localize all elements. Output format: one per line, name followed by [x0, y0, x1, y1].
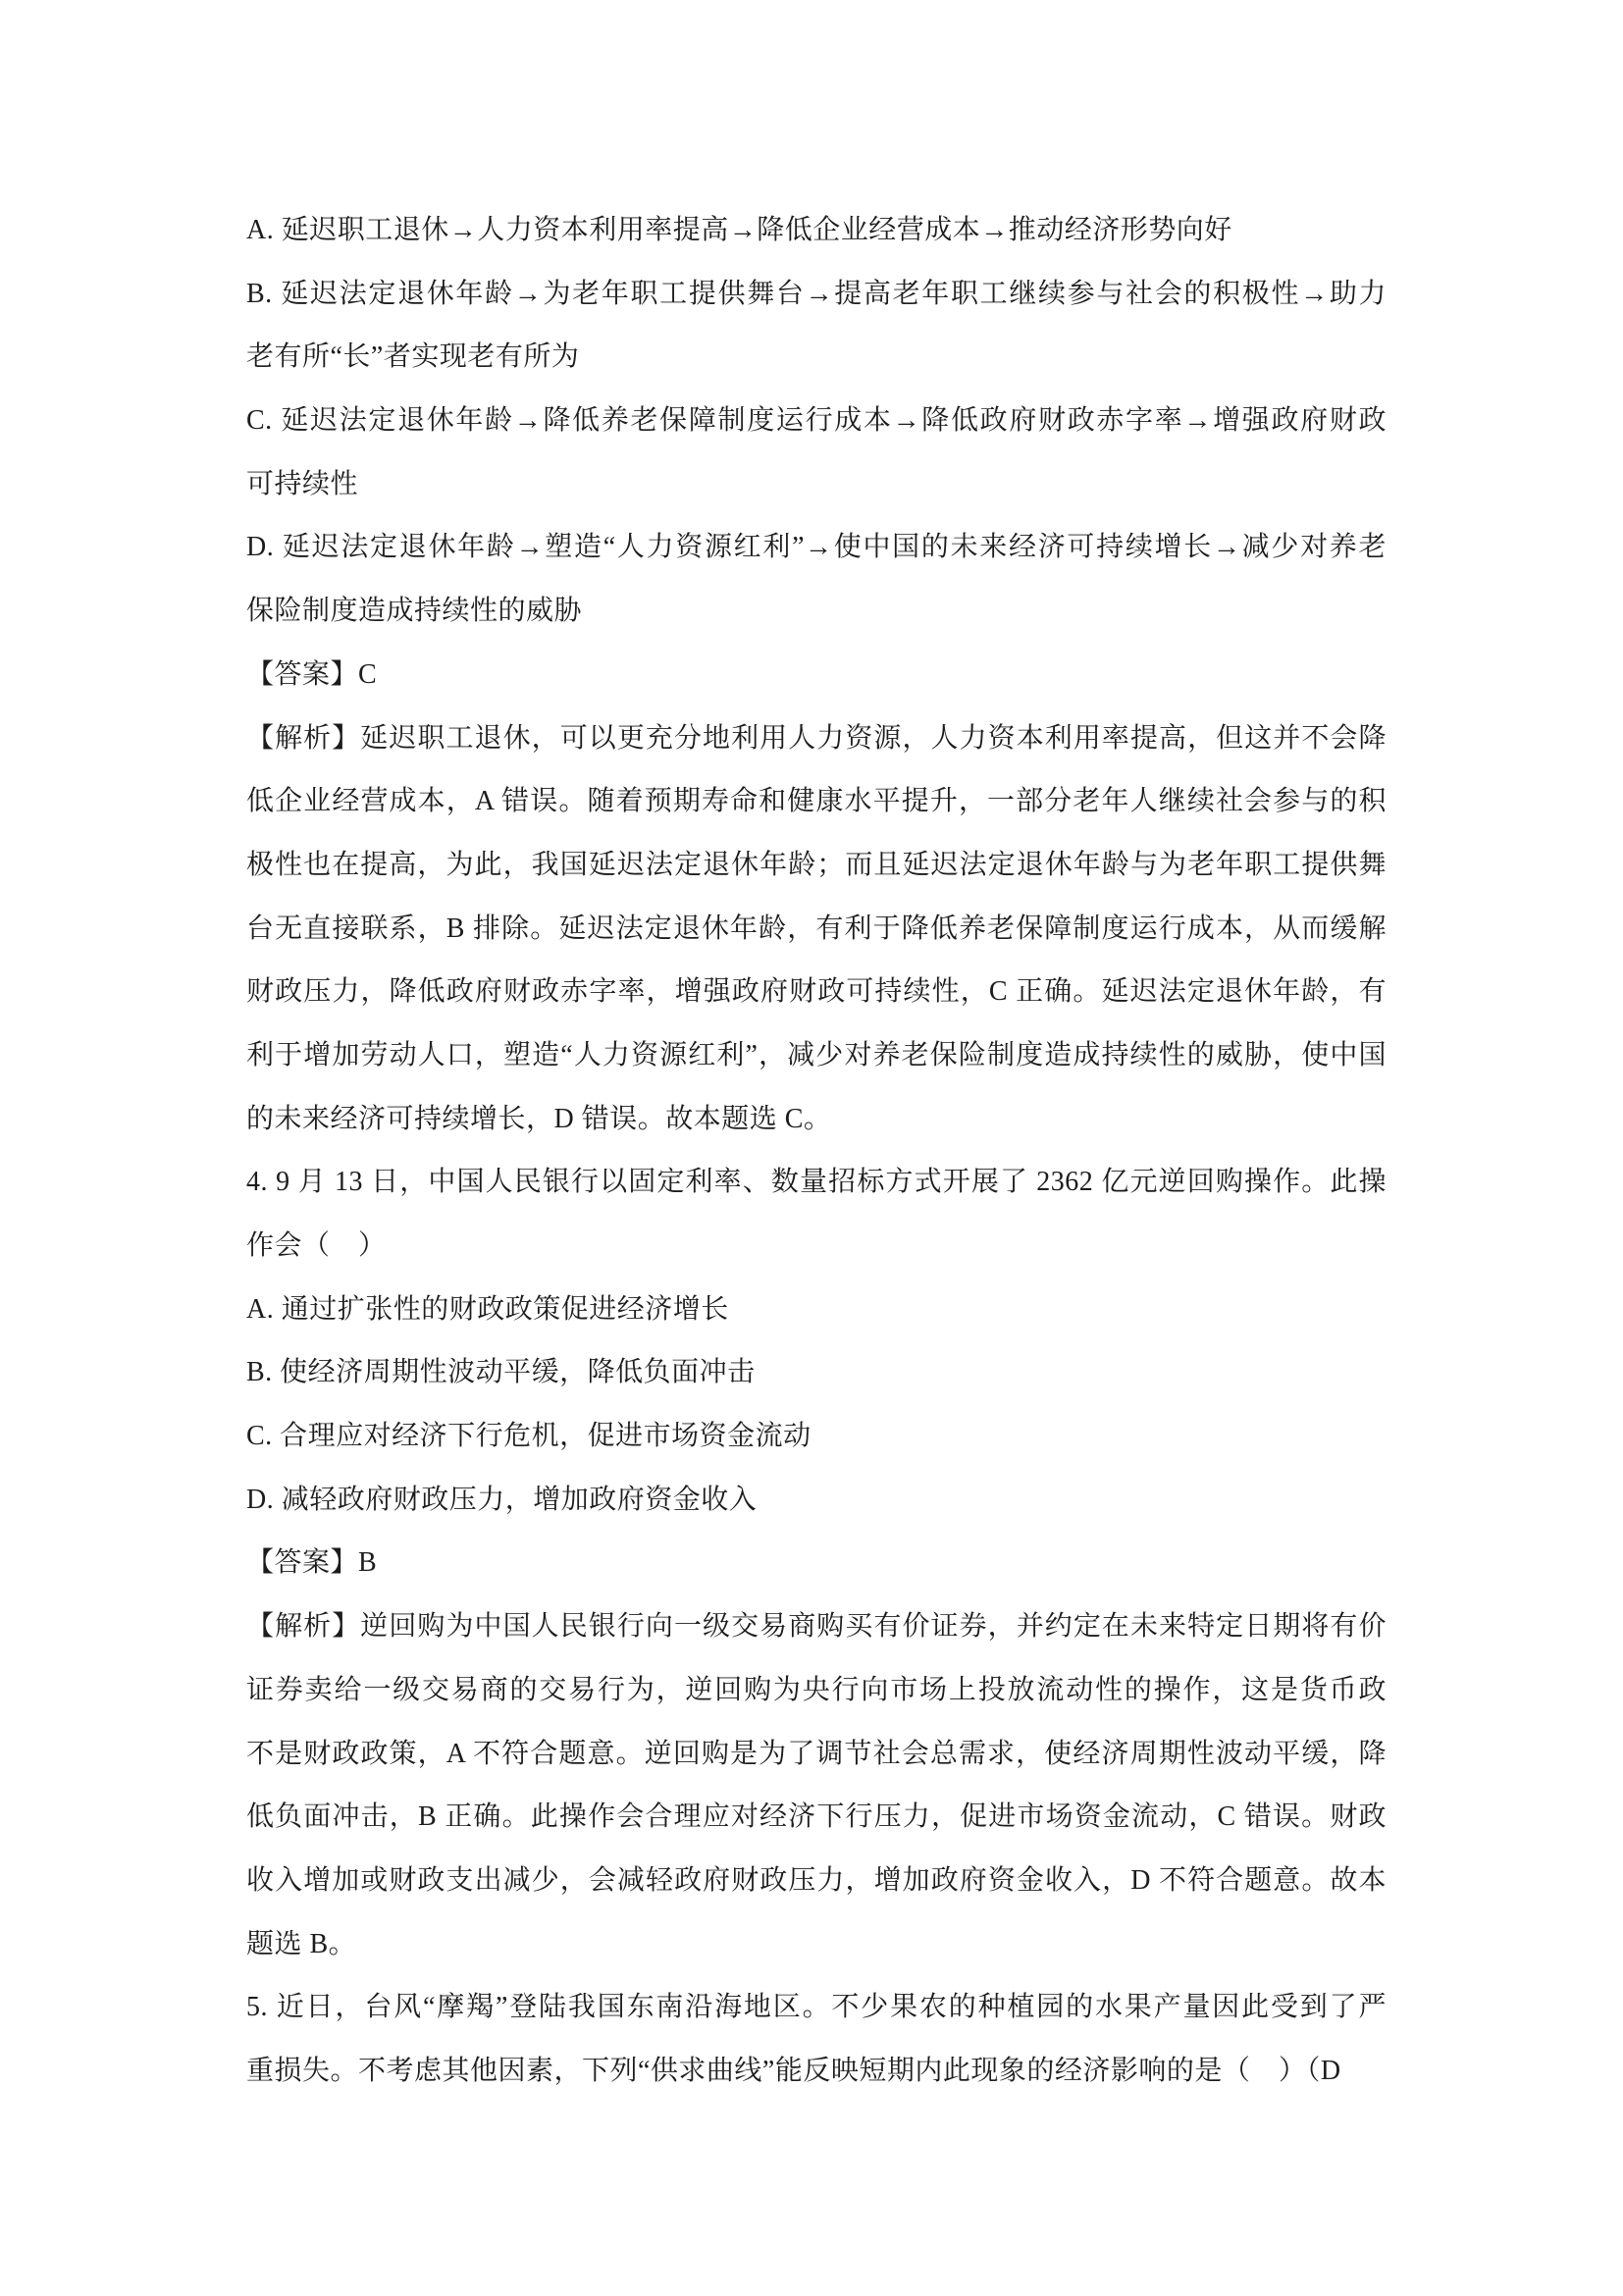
text-line: 老有所“长”者实现老有所为 [246, 326, 1387, 390]
text-line: 题选 B。 [246, 1913, 1387, 1977]
q4-option-b: B. 使经济周期性波动平缓，降低负面冲击 [246, 1341, 1387, 1405]
text-line: 不是财政政策，A 不符合题意。逆回购是为了调节社会总需求，使经济周期性波动平缓，… [246, 1723, 1387, 1787]
q4-option-a: A. 通过扩张性的财政政策促进经济增长 [246, 1278, 1387, 1342]
text-line: B. 延迟法定退休年龄→为老年职工提供舞台→提高老年职工继续参与社会的积极性→助… [246, 263, 1387, 327]
text-line: 台无直接联系，B 排除。延迟法定退休年龄，有利于降低养老保障制度运行成本，从而缓… [246, 898, 1387, 962]
exam-page: A. 延迟职工退休→人力资本利用率提高→降低企业经营成本→推动经济形势向好B. … [0, 0, 1623, 2296]
text-line: 的未来经济可持续增长，D 错误。故本题选 C。 [246, 1088, 1387, 1152]
text-line: D. 减轻政府财政压力，增加政府资金收入 [246, 1469, 1387, 1533]
text-line: 低负面冲击，B 正确。此操作会合理应对经济下行压力，促进市场资金流动，C 错误。… [246, 1786, 1387, 1850]
text-line: 4. 9 月 13 日，中国人民银行以固定利率、数量招标方式开展了 2362 亿… [246, 1151, 1387, 1215]
q4-analysis: 【解析】逆回购为中国人民银行向一级交易商购买有价证券，并约定在未来特定日期将有价… [246, 1595, 1387, 1976]
text-line: C. 合理应对经济下行危机，促进市场资金流动 [246, 1405, 1387, 1469]
q4-option-d: D. 减轻政府财政压力，增加政府资金收入 [246, 1469, 1387, 1533]
text-line: D. 延迟法定退休年龄→塑造“人力资源红利”→使中国的未来经济可持续增长→减少对… [246, 516, 1387, 580]
text-line: 保险制度造成持续性的威胁 [246, 580, 1387, 644]
q3-analysis: 【解析】延迟职工退休，可以更充分地利用人力资源，人力资本利用率提高，但这并不会降… [246, 707, 1387, 1152]
text-line: 可持续性 [246, 453, 1387, 517]
text-line: 【答案】C [246, 644, 1387, 707]
text-line: 作会（ ） [246, 1215, 1387, 1278]
text-line: A. 延迟职工退休→人力资本利用率提高→降低企业经营成本→推动经济形势向好 [246, 199, 1387, 263]
text-line: 极性也在提高，为此，我国延迟法定退休年龄；而且延迟法定退休年龄与为老年职工提供舞 [246, 834, 1387, 898]
text-line: 重损失。不考虑其他因素，下列“供求曲线”能反映短期内此现象的经济影响的是（ ）（… [246, 2040, 1387, 2104]
q3-option-b: B. 延迟法定退休年龄→为老年职工提供舞台→提高老年职工继续参与社会的积极性→助… [246, 263, 1387, 390]
q3-option-c: C. 延迟法定退休年龄→降低养老保障制度运行成本→降低政府财政赤字率→增强政府财… [246, 390, 1387, 516]
text-line: 利于增加劳动人口，塑造“人力资源红利”，减少对养老保险制度造成持续性的威胁，使中… [246, 1024, 1387, 1088]
text-line: A. 通过扩张性的财政政策促进经济增长 [246, 1278, 1387, 1342]
q4-answer: 【答案】B [246, 1532, 1387, 1595]
text-line: 财政压力，降低政府财政赤字率，增强政府财政可持续性，C 正确。延迟法定退休年龄，… [246, 961, 1387, 1024]
text-line: 收入增加或财政支出减少，会减轻政府财政压力，增加政府资金收入，D 不符合题意。故… [246, 1850, 1387, 1913]
text-line: 【解析】逆回购为中国人民银行向一级交易商购买有价证券，并约定在未来特定日期将有价 [246, 1595, 1387, 1659]
q3-option-a: A. 延迟职工退休→人力资本利用率提高→降低企业经营成本→推动经济形势向好 [246, 199, 1387, 263]
text-line: 【解析】延迟职工退休，可以更充分地利用人力资源，人力资本利用率提高，但这并不会降 [246, 707, 1387, 771]
text-line: C. 延迟法定退休年龄→降低养老保障制度运行成本→降低政府财政赤字率→增强政府财… [246, 390, 1387, 453]
text-line: 5. 近日，台风“摩羯”登陆我国东南沿海地区。不少果农的种植园的水果产量因此受到… [246, 1976, 1387, 2040]
document-body: A. 延迟职工退休→人力资本利用率提高→降低企业经营成本→推动经济形势向好B. … [246, 199, 1387, 2104]
q3-option-d: D. 延迟法定退休年龄→塑造“人力资源红利”→使中国的未来经济可持续增长→减少对… [246, 516, 1387, 643]
text-line: B. 使经济周期性波动平缓，降低负面冲击 [246, 1341, 1387, 1405]
text-line: 【答案】B [246, 1532, 1387, 1595]
text-line: 证券卖给一级交易商的交易行为，逆回购为央行向市场上投放流动性的操作，这是货币政策… [246, 1659, 1387, 1723]
q4-stem: 4. 9 月 13 日，中国人民银行以固定利率、数量招标方式开展了 2362 亿… [246, 1151, 1387, 1278]
q3-answer: 【答案】C [246, 644, 1387, 707]
text-line: 低企业经营成本，A 错误。随着预期寿命和健康水平提升，一部分老年人继续社会参与的… [246, 770, 1387, 834]
q5-stem: 5. 近日，台风“摩羯”登陆我国东南沿海地区。不少果农的种植园的水果产量因此受到… [246, 1976, 1387, 2103]
q4-option-c: C. 合理应对经济下行危机，促进市场资金流动 [246, 1405, 1387, 1469]
